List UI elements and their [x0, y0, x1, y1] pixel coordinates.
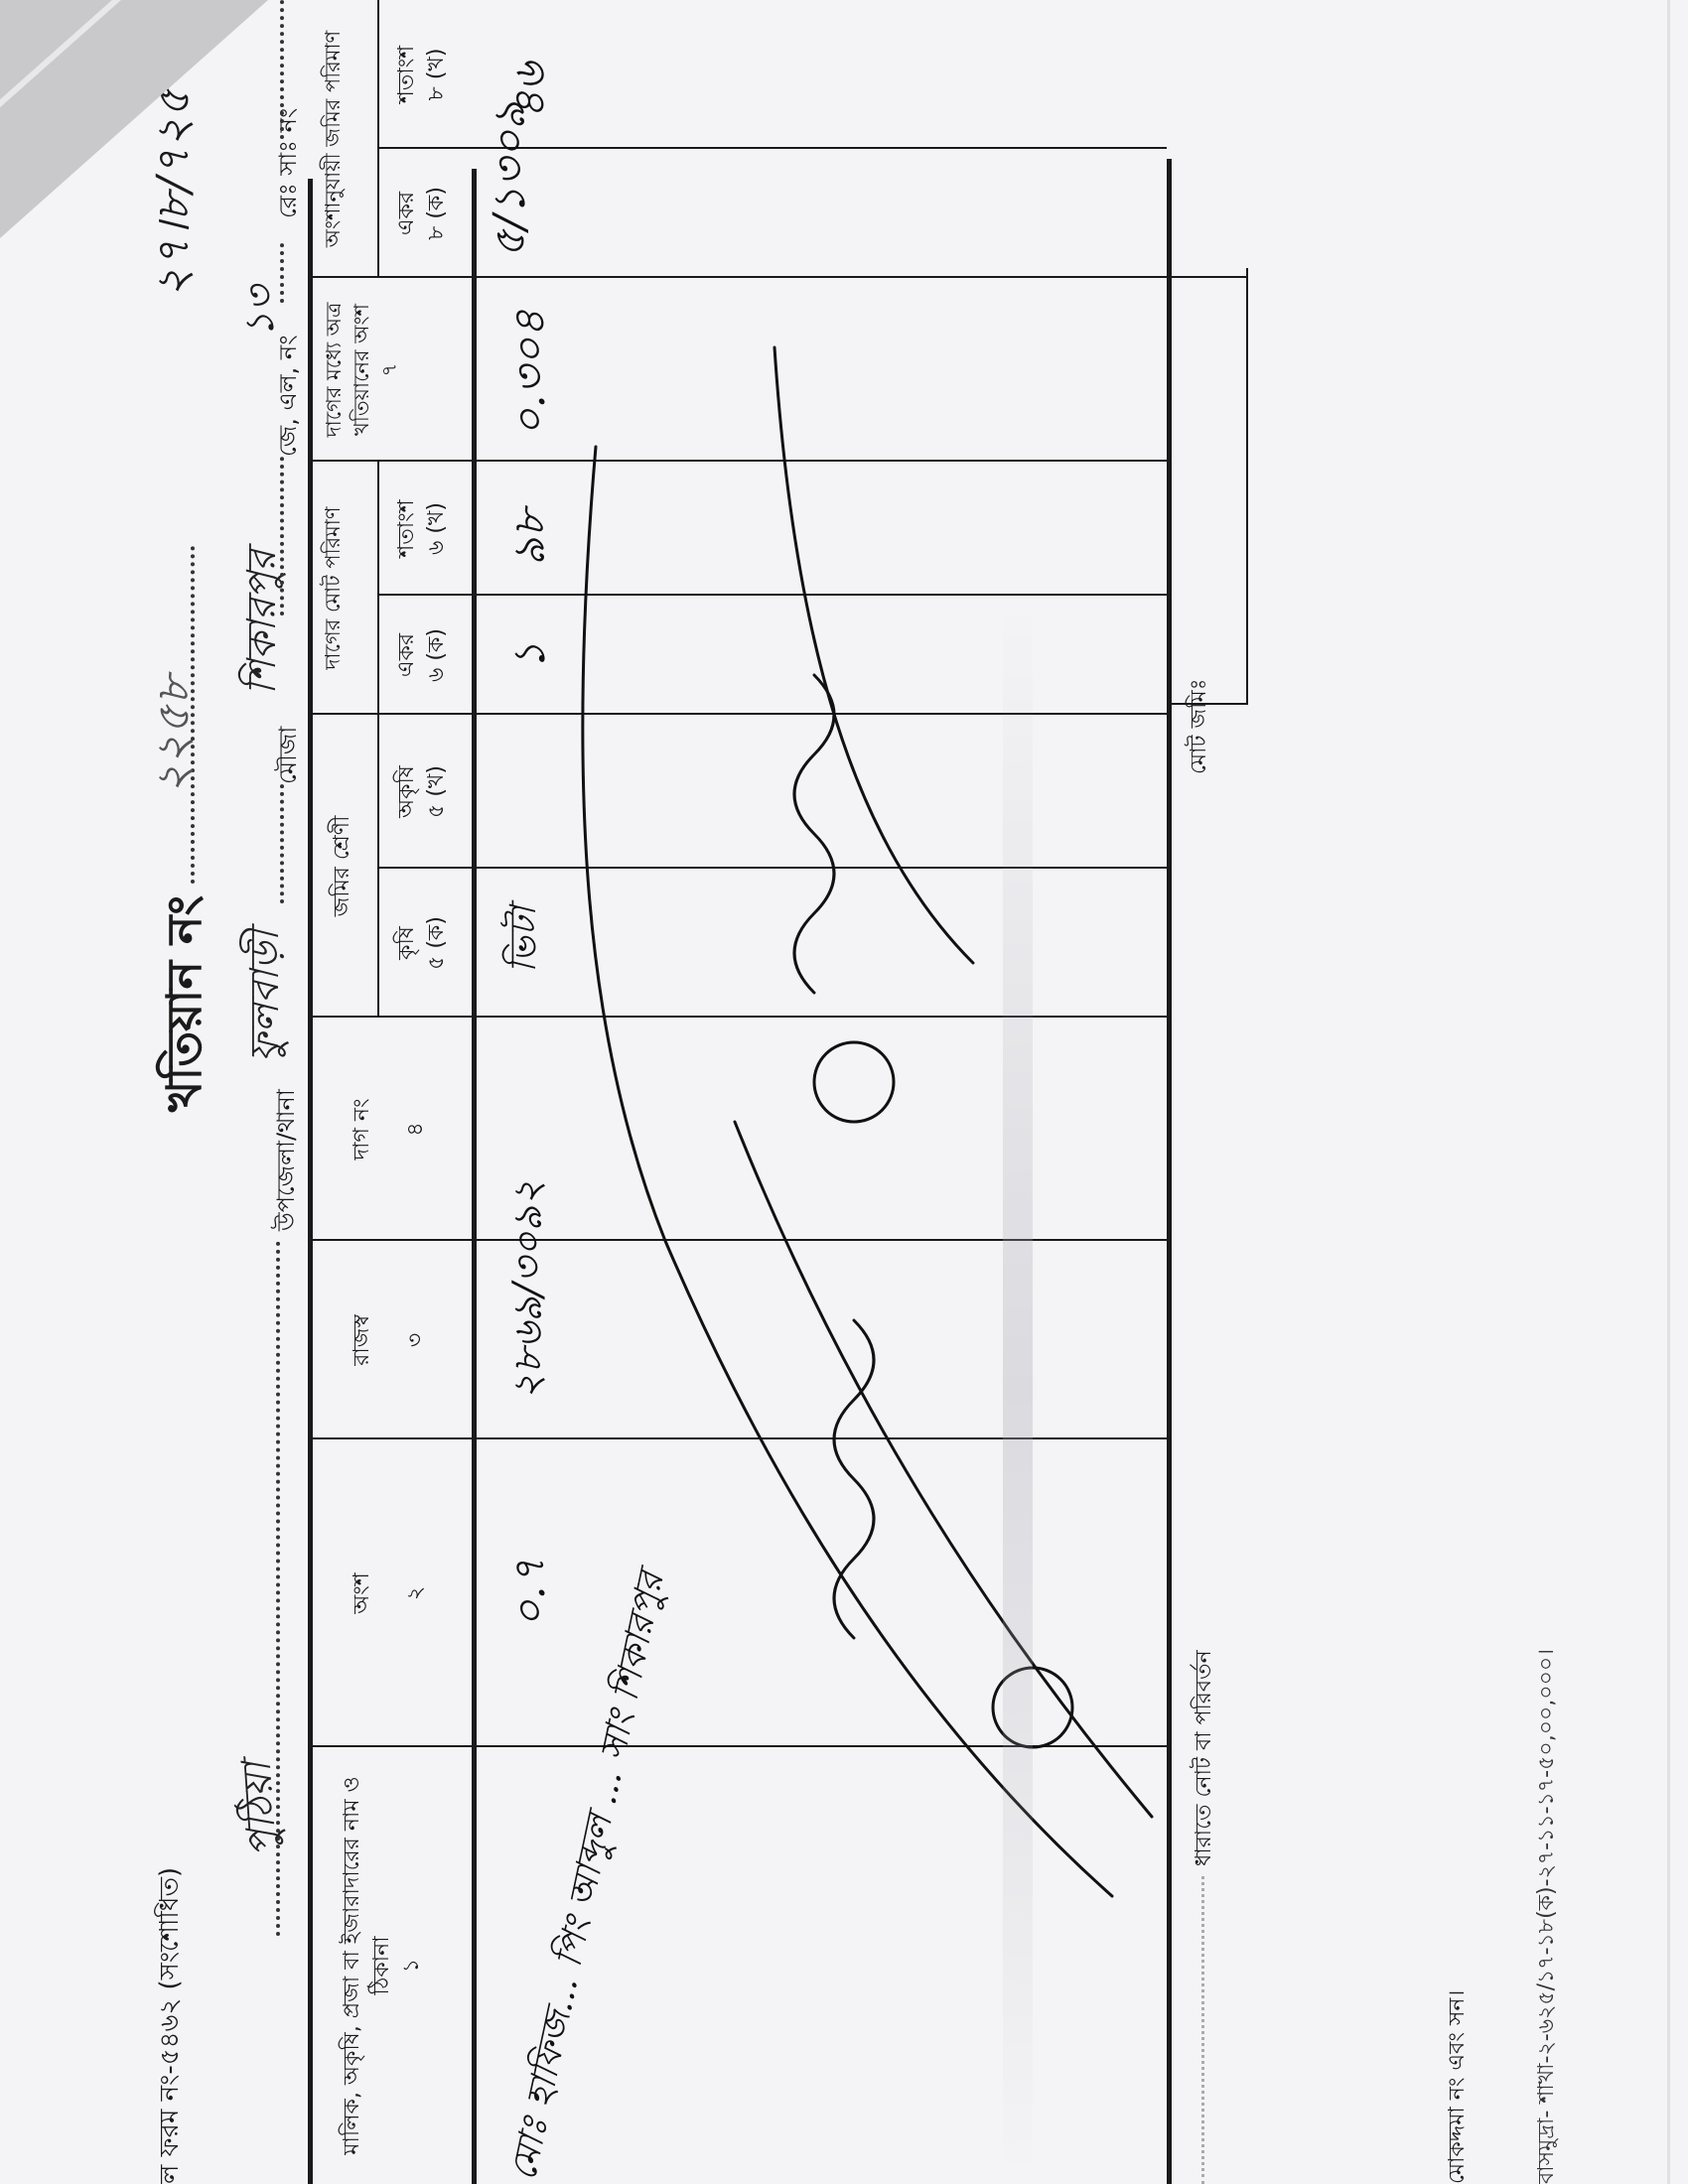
mouza-dotted-line: [280, 784, 284, 903]
col-header-krishi: কৃষি ৫ (ক): [392, 869, 452, 1018]
col-header-akrishi: অকৃষি ৫ (খ): [392, 715, 452, 869]
khatian-label: খতিয়ান নং: [149, 895, 227, 1112]
col-header-dag-total: দাগের মোট পরিমাণ: [320, 462, 346, 715]
col-header-share-shotangsho-label: শতাংশ: [392, 0, 422, 149]
col-header-share-acre: একর ৮ (ক): [392, 149, 452, 278]
col-header-share-num: ২: [401, 1439, 431, 1747]
col-header-khatian-share-num: ৭: [375, 278, 403, 462]
col-header-dag-shotangsho-label: শতাংশ: [392, 462, 422, 596]
dag-total-subheader-line: [377, 462, 379, 715]
reg-label: রেঃ সাঃ নং: [270, 108, 310, 218]
col-header-dag-acre-num: ৬ (ক): [422, 596, 452, 715]
col-header-share-label: অংশ: [348, 1439, 377, 1747]
land-class-krishi-cell: ভিটা: [496, 906, 556, 973]
col-header-share-shotangsho-num: ৮ (খ): [422, 0, 452, 149]
col-header-share-shotangsho: শতাংশ ৮ (খ): [392, 0, 452, 149]
col-header-owner: মালিক, অকৃষি, প্রজা বা ইজারাদারের নাম ও …: [338, 1747, 427, 2184]
table-top-border: [308, 179, 313, 2184]
col-header-khatian-share-label: দাগের মধ্যে অত্র খতিয়ানের অংশ: [320, 278, 375, 462]
col-header-akrishi-label: অকৃষি: [392, 715, 422, 869]
jl-dotted-line: [280, 457, 284, 615]
jl-dotted-line-2: [280, 243, 284, 303]
district-value: পুঠিয়া: [225, 1760, 298, 1859]
col-header-share-acre-num: ৮ (ক): [422, 149, 452, 278]
jl-value: ১৩: [228, 286, 295, 338]
col-header-owner-num: ১: [397, 1747, 427, 2184]
col-header-khatian-share: দাগের মধ্যে অত্র খতিয়ানের অংশ ৭: [320, 278, 403, 462]
upazila-label: উপজেলা/থানা: [268, 1089, 308, 1231]
mouza-label: মৌজা: [270, 727, 310, 784]
col-header-revenue-label: রাজস্ব: [348, 1241, 377, 1439]
col-header-dag: দাগ নং ৪: [348, 1018, 431, 1241]
notes-dotted-line: [1201, 1876, 1204, 2184]
col-header-dag-acre: একর ৬ (ক): [392, 596, 452, 715]
page-corner-fold: [0, 0, 268, 238]
col-header-dag-shotangsho: শতাংশ ৬ (খ): [392, 462, 452, 596]
cancellation-annotation: [556, 199, 1172, 1936]
col-header-share-acre-label: একর: [392, 149, 422, 278]
col-header-krishi-num: ৫ (ক): [422, 869, 452, 1018]
dag-number-cell: ২৮৬৯/৩০৯২: [496, 1180, 563, 1400]
col-header-revenue: রাজস্ব ৩: [348, 1241, 431, 1439]
case-number-label: মোকদ্দমা নং এবং সন।: [1440, 1990, 1477, 2184]
reg-dotted-line: [280, 0, 284, 139]
col-header-dag-num: ৪: [401, 1018, 431, 1241]
col-header-dag-acre-label: একর: [392, 596, 422, 715]
col-header-krishi-label: কৃষি: [392, 869, 422, 1018]
notes-label: ধারাতে নোট বা পরিবর্তন: [1187, 1650, 1223, 1866]
printer-imprint: বাসমুদ্রা- শাখা-২-৬২৫/১৭-১৮(ক)-২৭-১১-১৭-…: [1529, 1649, 1566, 2184]
col-header-dag-shotangsho-num: ৬ (খ): [422, 462, 452, 596]
col-header-akrishi-num: ৫ (খ): [422, 715, 452, 869]
table-header-bottom-border: [472, 169, 477, 2184]
col-header-revenue-num: ৩: [401, 1241, 431, 1439]
khatian-document-page: ল ফরম নং-৫৪৬২ (সংশোধিত) ২৭।৮/৭২৫ খতিয়ান…: [0, 0, 1688, 2184]
form-code: ল ফরম নং-৫৪৬২ (সংশোধিত): [149, 1867, 193, 2184]
share-land-subheader-line: [377, 0, 379, 278]
total-box-bottom: [1246, 268, 1248, 705]
col-header-land-class: জমির শ্রেণী: [328, 715, 357, 1018]
jl-label: জে, এল, নং: [270, 335, 310, 457]
remarks-value: ৫/১৩০৯: [477, 101, 549, 258]
khatian-number: ২২৫৮: [139, 675, 214, 794]
col-header-dag-label: দাগ নং: [348, 1018, 377, 1241]
col-header-owner-label: মালিক, অকৃষি, প্রজা বা ইজারাদারের নাম ও …: [338, 1747, 397, 2184]
total-land-label: মোট জমিঃ: [1182, 679, 1218, 774]
upazila-value: ফুলবাড়ী: [233, 930, 300, 1062]
mouza-value: শিকারপুর: [230, 550, 297, 695]
scan-smudge: [1003, 596, 1033, 2184]
col-header-share-land: অংশানুযায়ী জমির পরিমাণ: [320, 0, 346, 278]
col-header-share: অংশ ২: [348, 1439, 431, 1747]
